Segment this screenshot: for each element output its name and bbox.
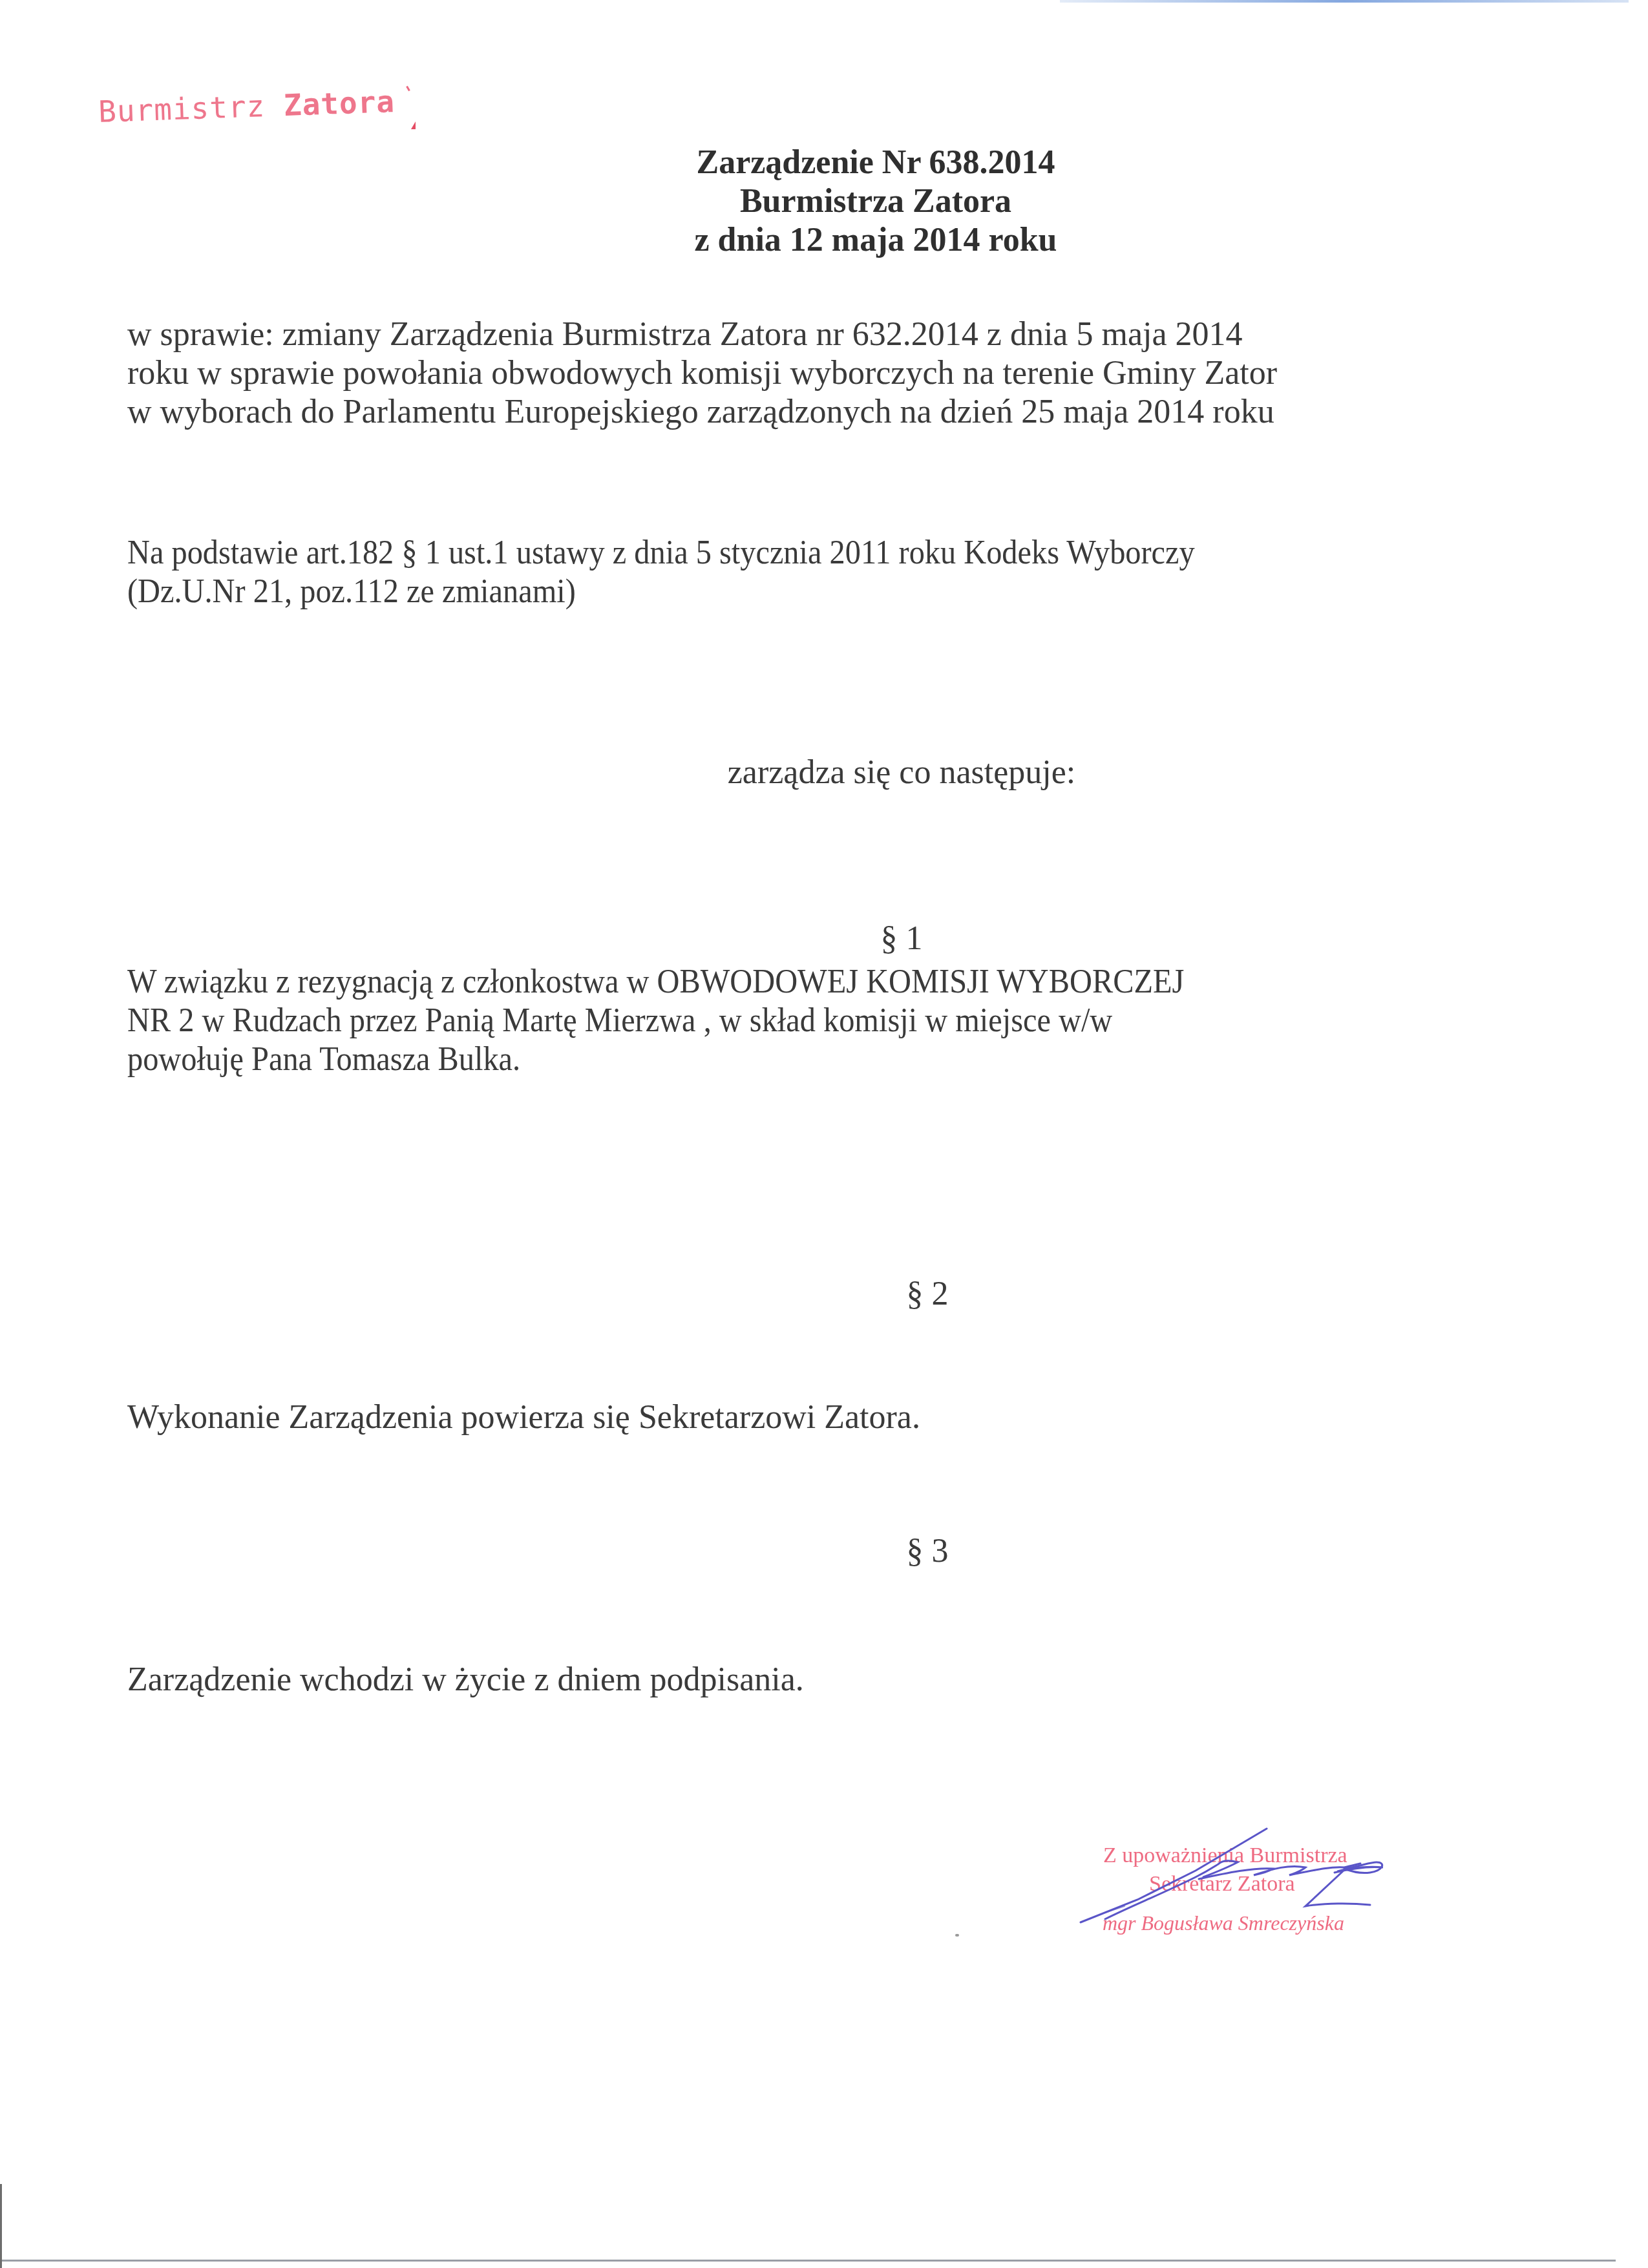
paragraph-2-body: Wykonanie Zarządzenia powierza się Sekre… (127, 1398, 920, 1437)
legal-basis-line: (Dz.U.Nr 21, poz.112 ze zmianami) (127, 572, 1275, 611)
legal-basis-block: Na podstawie art.182 § 1 ust.1 ustawy z … (127, 534, 1275, 611)
office-stamp-town: Zatora (283, 84, 396, 123)
paragraph-2-heading: § 2 (0, 1275, 1648, 1314)
document-header: Zarządzenie Nr 638.2014 Burmistrza Zator… (0, 143, 1648, 260)
office-stamp: Burmistrz Zatora (98, 84, 396, 129)
paragraph-1-heading: § 1 (0, 919, 1648, 958)
subject-line: w wyborach do Parlamentu Europejskiego z… (127, 393, 1277, 432)
legal-basis-line: Na podstawie art.182 § 1 ust.1 ustawy z … (127, 534, 1275, 572)
paragraph-line: Wykonanie Zarządzenia powierza się Sekre… (127, 1398, 920, 1437)
paragraph-line: powołuję Pana Tomasza Bulka. (127, 1040, 1263, 1079)
paragraph-3-body: Zarządzenie wchodzi w życie z dniem podp… (127, 1661, 804, 1699)
handwritten-signature-icon (1066, 1796, 1486, 1964)
paragraph-line: NR 2 w Rudzach przez Panią Martę Mierzwa… (127, 1002, 1263, 1040)
paragraph-line: W związku z rezygnacją z członkostwa w O… (127, 963, 1263, 1002)
document-issuer: Burmistrza Zatora (0, 182, 1648, 221)
subject-block: w sprawie: zmiany Zarządzenia Burmistrza… (127, 315, 1277, 432)
signature-block: Z upoważnienia Burmistrza Sekretarz Zato… (1066, 1796, 1486, 1964)
stamp-corner-mark (411, 121, 416, 129)
subject-line: roku w sprawie powołania obwodowych komi… (127, 354, 1277, 393)
decree-statement: zarządza się co następuje: (0, 753, 1648, 792)
subject-line: w sprawie: zmiany Zarządzenia Burmistrza… (127, 315, 1277, 354)
paragraph-1-body: W związku z rezygnacją z członkostwa w O… (127, 963, 1263, 1079)
stamp-mark (406, 86, 410, 91)
document-title: Zarządzenie Nr 638.2014 (0, 143, 1648, 182)
scan-speck (955, 1934, 959, 1937)
office-stamp-title: Burmistrz (98, 88, 284, 129)
paragraph-line: Zarządzenie wchodzi w życie z dniem podp… (127, 1661, 804, 1699)
scan-top-edge (1060, 0, 1629, 3)
scan-bottom-edge (0, 2260, 1616, 2262)
scan-left-edge (0, 2184, 2, 2268)
paragraph-3-heading: § 3 (0, 1532, 1648, 1571)
document-date: z dnia 12 maja 2014 roku (0, 221, 1648, 260)
